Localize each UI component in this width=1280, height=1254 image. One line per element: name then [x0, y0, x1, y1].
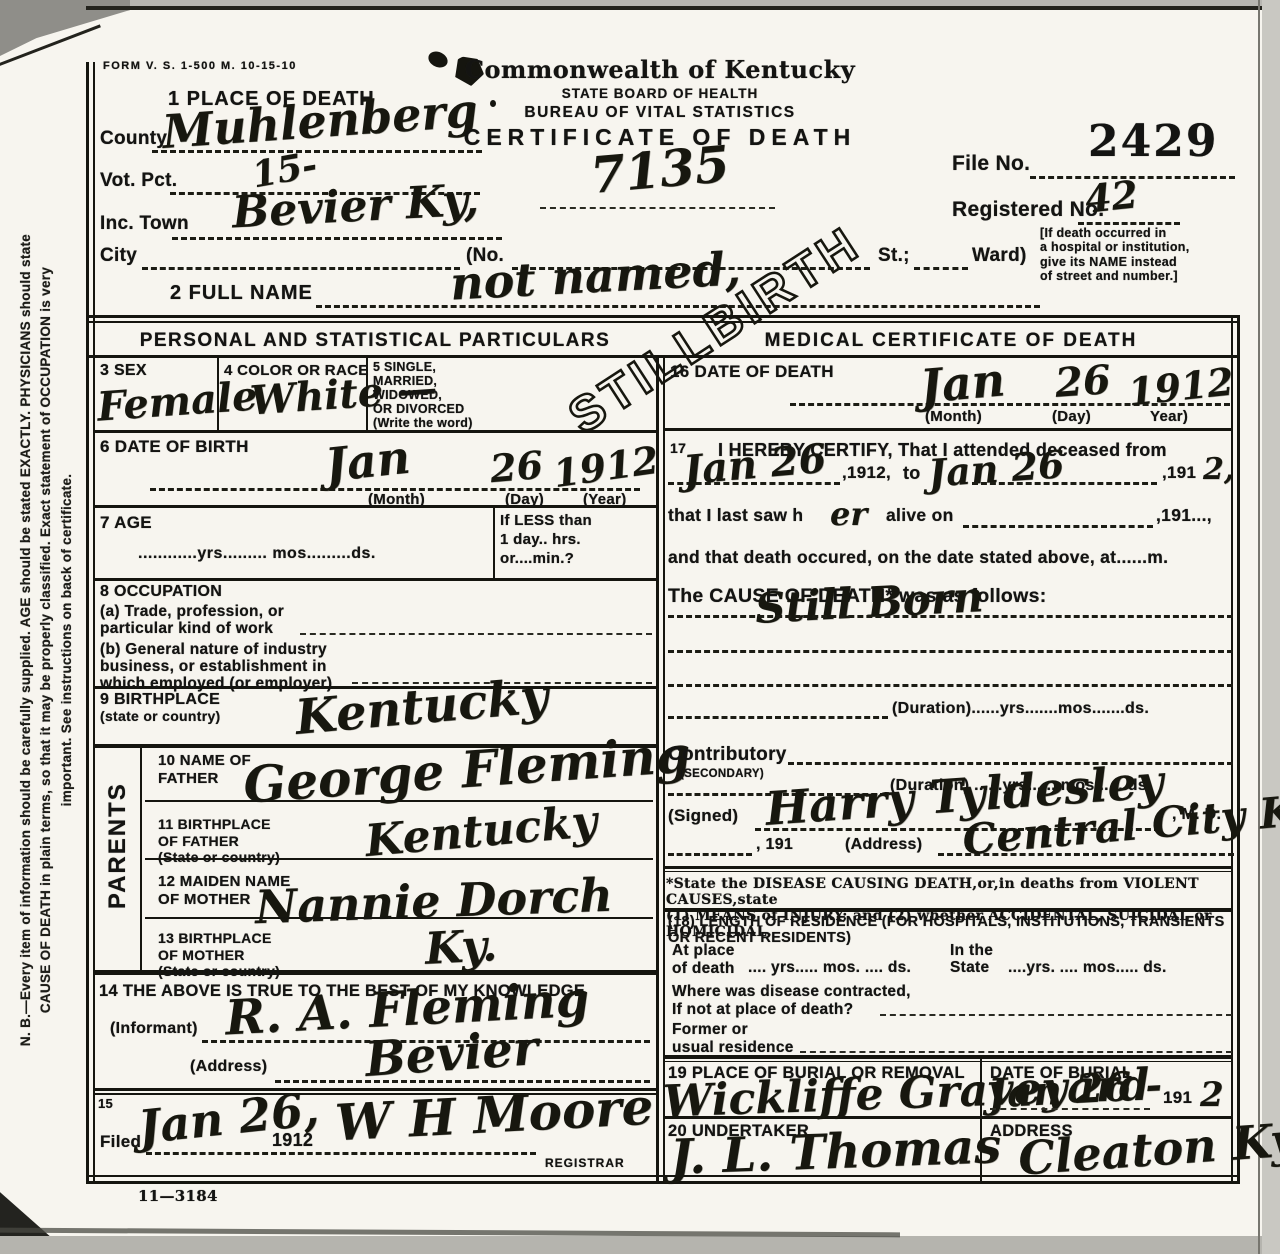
full-name-value: not named,: [449, 245, 742, 306]
table-border-right-inner: [1231, 315, 1233, 1184]
last-saw-post-text: alive on: [886, 505, 954, 526]
footnote-top-border-inner: [665, 871, 1231, 872]
duration-units-line: (Duration)......yrs.......mos.......ds.: [892, 700, 1149, 719]
former-residence-leader: [800, 1051, 1232, 1053]
paper-top-edge-line: [86, 6, 1280, 10]
age-label: 7 AGE: [100, 513, 152, 533]
state-board-subtitle: STATE BOARD OF HEALTH: [460, 86, 860, 102]
registered-no-leader: [1078, 222, 1180, 225]
father-birthplace-underline: [145, 858, 653, 860]
registrar-label: REGISTRAR: [545, 1156, 625, 1170]
certify-from-value: Jan 26: [682, 439, 828, 491]
dod-row-bottom-border: [665, 428, 1231, 431]
duration-leader: [668, 716, 888, 719]
dob-year-sublabel: (Year): [583, 491, 627, 509]
inc-town-label: Inc. Town: [100, 213, 189, 235]
dob-month-value: Jan: [323, 434, 412, 489]
dod-day-value: 26: [1054, 360, 1112, 404]
certify-to-year-handwritten: 2,: [1203, 455, 1234, 485]
footnote-top-border-outer: [665, 866, 1231, 869]
occupation-a-line1: (a) Trade, profession, or: [100, 603, 284, 621]
filed-leader: [146, 1152, 536, 1155]
informant-label: (Informant): [110, 1020, 198, 1039]
form-footer-code: 11—3184: [138, 1188, 218, 1206]
filed-year-printed: 1912: [272, 1130, 313, 1151]
contributory-label: Contributory: [668, 744, 787, 766]
date-of-birth-label: 6 DATE OF BIRTH: [100, 437, 249, 457]
table-border-top-outer: [86, 315, 1240, 318]
scan-right-edge-line: [1258, 0, 1260, 1254]
dod-month-value: Jan: [918, 356, 1007, 409]
city-label: City: [100, 245, 137, 267]
age-units-line: ............yrs......... mos.........ds.: [138, 545, 376, 564]
mother-birthplace-value: Ky.: [424, 924, 498, 972]
cause-leader-1: [668, 615, 1233, 618]
table-border-left-outer: [86, 62, 89, 1184]
occupation-b-line1: (b) General nature of industry: [100, 641, 327, 659]
residence-state-label: State: [950, 959, 989, 977]
dod-year-sublabel: Year): [1150, 408, 1188, 426]
cause-leader-2: [668, 650, 1233, 653]
sex-value: Female: [96, 376, 259, 427]
occupation-a-line2: particular kind of work: [100, 620, 273, 638]
last-saw-leader: [963, 525, 1153, 528]
dob-month-sublabel: (Month): [368, 491, 425, 509]
scan-right-edge: [1262, 0, 1280, 1254]
age-row-bottom-border: [95, 578, 656, 581]
certify-to-leader: [972, 482, 1157, 485]
filed-label: Filed: [100, 1132, 141, 1152]
signed-year-text: , 191: [756, 836, 793, 855]
occupation-a-leader: [300, 633, 652, 635]
last-saw-pronoun-handwritten: er: [830, 498, 867, 530]
form-number: FORM V. S. 1-500 M. 10-15-10: [103, 60, 297, 73]
bureau-subtitle: BUREAU OF VITAL STATISTICS: [460, 104, 860, 122]
date-of-burial-leader: [990, 1108, 1150, 1110]
signed-label: (Signed): [668, 806, 738, 826]
dod-month-sublabel: (Month): [925, 408, 982, 426]
certify-to-value: Jan 26: [927, 445, 1066, 492]
table-border-top-inner: [86, 321, 1240, 323]
burial-year-printed: 191: [1163, 1088, 1192, 1108]
father-name-label: 10 NAME OF FATHER: [158, 752, 251, 787]
death-certificate-scan: N. B.—Every item of information should b…: [0, 0, 1280, 1254]
certify-from-year: ,1912,: [842, 463, 891, 483]
filed-item-number: 15: [98, 1096, 113, 1111]
residence-units-state: ....yrs. .... mos..... ds.: [1008, 959, 1167, 977]
dod-day-sublabel: (Day): [1052, 408, 1091, 426]
hospital-instruction-note: [If death occurred in a hospital or inst…: [1040, 226, 1245, 284]
margin-instructions-note: N. B.—Every item of information should b…: [16, 80, 80, 1200]
full-name-label: 2 FULL NAME: [170, 282, 313, 306]
city-leader: [142, 267, 460, 270]
secondary-sublabel: (SECONDARY): [680, 768, 764, 782]
informant-address-label: (Address): [190, 1058, 267, 1077]
medical-section-title: MEDICAL CERTIFICATE OF DEATH: [665, 330, 1237, 352]
cause-leader-3: [668, 684, 1233, 687]
commonwealth-title: Commonwealth of Kentucky: [460, 56, 860, 84]
certify-to-year-printed: ,191: [1162, 463, 1196, 483]
informant-address-value: Bevier: [364, 1024, 540, 1084]
certify-to-label: to: [903, 463, 921, 484]
file-no-label: File No.: [952, 152, 1030, 177]
signed-year-leader: [668, 853, 752, 856]
voting-precinct-label: Vot. Pct.: [100, 170, 177, 192]
residence-at-place-label: At place of death: [672, 942, 735, 979]
mother-maiden-name-value: Nannie Dorch: [254, 872, 613, 930]
occupation-label: 8 OCCUPATION: [100, 583, 222, 602]
inc-town-value: Bevier Ky,: [231, 179, 480, 236]
dob-day-value: 26: [488, 446, 544, 488]
disease-contracted-label: Where was disease contracted, If not at …: [672, 983, 911, 1020]
age-less-than-note: If LESS than 1 day.. hrs. or....min.?: [500, 512, 592, 568]
date-of-death-label: 16 DATE OF DEATH: [670, 362, 834, 382]
dod-year-value: 1912: [1126, 363, 1235, 412]
dob-day-sublabel: (Day): [505, 491, 544, 509]
street-leader: [914, 267, 968, 270]
disease-contracted-leader: [880, 1014, 1232, 1016]
occupation-b-line2: business, or establishment in: [100, 658, 327, 676]
marital-status-label: 5 SINGLE, MARRIED, WIDOWED, OR DIVORCED …: [373, 360, 473, 430]
table-border-left-inner: [93, 62, 95, 1184]
registered-no-label: Registered No.: [952, 198, 1104, 223]
scan-bottom-strip: [0, 1236, 1280, 1254]
mother-name-underline: [145, 917, 653, 919]
physician-address-label: (Address): [845, 836, 922, 855]
registered-no-value: 42: [1083, 175, 1140, 218]
table-border-right-outer: [1237, 315, 1240, 1184]
last-saw-pre-text: that I last saw h: [668, 505, 803, 526]
undertaker-value: J. L. Thomas: [669, 1122, 1002, 1182]
full-name-leader: [316, 305, 1040, 308]
residence-units-at-place: .... yrs..... mos. .... ds.: [748, 959, 911, 977]
burial-top-border-outer: [665, 1055, 1231, 1059]
parents-side-label: PARENTS: [104, 809, 132, 909]
age-note-divider: [493, 508, 495, 578]
residence-in-the-label: In the: [950, 942, 993, 960]
former-residence-label: Former or usual residence: [672, 1021, 794, 1058]
sex-label: 3 SEX: [100, 362, 147, 381]
last-saw-year-text: ,191...,: [1156, 505, 1212, 526]
ward-label: Ward): [972, 245, 1027, 267]
footnote-bottom-border: [665, 908, 1231, 912]
cause-of-death-value: Still Born: [754, 576, 984, 630]
death-occured-line: and that death occured, on the date stat…: [668, 547, 1168, 568]
file-no-value: 2429: [1088, 116, 1218, 168]
burial-year-handwritten: 2: [1200, 1078, 1224, 1112]
parents-side-divider: [140, 748, 142, 970]
residence-section-label: (18) LENGTH OF RESIDENCE (FOR HOSPITALS,…: [668, 915, 1225, 947]
inc-town-leader: [172, 237, 502, 240]
titles-bottom-border: [86, 355, 1240, 358]
county-label: County: [100, 128, 167, 150]
certificate-number-underline: [540, 207, 775, 209]
personal-section-title: PERSONAL AND STATISTICAL PARTICULARS: [95, 330, 655, 352]
birthplace-sublabel: (state or country): [100, 708, 221, 725]
mother-birthplace-label: 13 BIRTHPLACE OF MOTHER (State or countr…: [158, 930, 280, 980]
